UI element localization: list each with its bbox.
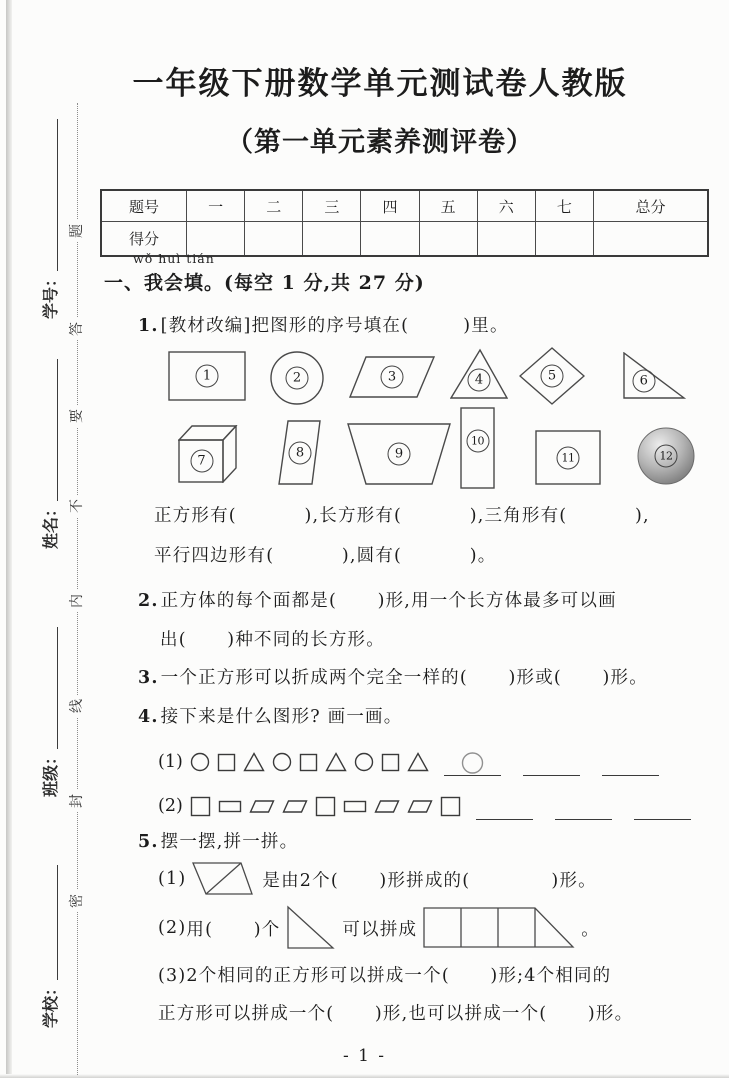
field-school: 学校： <box>37 865 61 1028</box>
score-cell[interactable] <box>477 222 535 257</box>
col-2: 二 <box>245 190 303 222</box>
question-2-body-line2: 出( )种不同的长方形。 <box>160 626 385 651</box>
score-cell[interactable] <box>245 222 303 257</box>
q4-answer-blank[interactable] <box>444 749 501 776</box>
pattern-shape-circle <box>354 752 374 772</box>
pattern-shape-triangle <box>325 752 347 772</box>
figure-number: 6 <box>632 369 655 392</box>
q4-answer-blank[interactable] <box>523 749 580 776</box>
class-label: 班级： <box>38 749 61 797</box>
right-triangle-piece-figure <box>286 905 336 951</box>
figure-number: 2 <box>286 367 309 390</box>
figure-number: 1 <box>196 365 219 388</box>
q4-answer-blank[interactable] <box>634 793 691 820</box>
pattern-shape-circle <box>272 752 292 772</box>
seal-char: 不 <box>66 495 88 517</box>
question-1-number: 1. <box>138 316 159 336</box>
figure-right-triangle: 6 <box>622 352 686 400</box>
col-total: 总分 <box>593 190 708 222</box>
q4-pattern-1-shapes <box>187 752 433 772</box>
col-7: 七 <box>535 190 593 222</box>
score-header-row: 题号 一 二 三 四 五 六 七 总分 <box>101 190 708 222</box>
school-label: 学校： <box>38 980 61 1028</box>
figure-number: 3 <box>381 366 404 389</box>
seal-dotted-line <box>77 103 78 1075</box>
page-subtitle: （第一单元素养测评卷） <box>60 120 700 159</box>
figure-cube: 7 <box>178 425 240 483</box>
q4-answer-circle <box>457 751 488 775</box>
q4-sub2-label: (2) <box>158 796 183 816</box>
q4-pattern-2-shapes <box>187 796 465 817</box>
section-pinyin: wǒ huì tián <box>133 251 215 266</box>
pattern-shape-para <box>282 799 308 814</box>
figure-rectangle: 1 <box>168 351 246 401</box>
q5-sub2-end-text: 。 <box>581 916 600 941</box>
question-4-number: 4. <box>138 707 159 727</box>
seal-char: 密 <box>66 890 88 912</box>
seal-char: 线 <box>66 695 88 717</box>
figure-sphere: 12 <box>636 426 696 486</box>
pattern-shape-square2 <box>440 796 461 817</box>
pattern-shape-flatrect <box>343 799 367 813</box>
question-2-text: 2.正方体的每个面都是( )形,用一个长方体最多可以画 <box>138 587 617 612</box>
score-cell[interactable] <box>361 222 419 257</box>
scan-left-edge <box>6 0 12 1078</box>
question-1-body: [教材改编]把图形的序号填在( )里。 <box>161 316 509 336</box>
class-input-line[interactable] <box>53 627 58 749</box>
pattern-shape-triangle <box>243 752 265 772</box>
question-4-text: 4.接下来是什么图形? 画一画。 <box>138 703 402 728</box>
figure-number: 7 <box>190 449 213 472</box>
q5-sub1-row: (1) 是由2个( )形拼成的( )形。 <box>158 862 597 896</box>
figure-number: 9 <box>388 443 411 466</box>
question-5-number: 5. <box>138 832 159 852</box>
pattern-shape-square2 <box>190 796 211 817</box>
q4-answer-blank[interactable] <box>476 793 533 820</box>
pattern-shape-triangle <box>407 752 429 772</box>
figure-slanted-parallelogram: 8 <box>278 420 322 486</box>
pattern-shape-para <box>407 799 433 814</box>
seal-char: 题 <box>66 220 88 242</box>
parallelogram-of-two-triangles-figure <box>192 862 256 896</box>
school-input-line[interactable] <box>53 865 58 980</box>
figure-tall-rectangle: 10 <box>460 407 495 489</box>
pattern-shape-square <box>381 753 400 772</box>
figure-number: 11 <box>557 446 580 469</box>
section-heading: 一、我会填。(每空 1 分,共 27 分) <box>104 268 425 295</box>
figure-number: 5 <box>541 365 564 388</box>
pattern-shape-square2 <box>315 796 336 817</box>
q4-pattern-row-1: (1) <box>158 744 718 780</box>
field-name: 姓名： <box>37 359 61 549</box>
question-number-header: 题号 <box>101 190 187 222</box>
score-cell[interactable] <box>419 222 477 257</box>
q4-answer-blank[interactable] <box>555 793 612 820</box>
q5-sub2-label: (2) <box>158 918 186 938</box>
figure-number: 10 <box>466 430 489 453</box>
question-4-body: 接下来是什么图形? 画一画。 <box>161 707 403 727</box>
q1-fill-line-2: 平行四边形有( ),圆有( )。 <box>154 542 496 567</box>
col-4: 四 <box>361 190 419 222</box>
score-cell[interactable] <box>303 222 361 257</box>
pattern-shape-square <box>217 753 236 772</box>
q1-fill-line-1: 正方形有( ),长方形有( ),三角形有( ), <box>154 502 650 527</box>
seal-char: 封 <box>66 790 88 812</box>
q4-answer-blank[interactable] <box>602 749 659 776</box>
q4-pattern-row-2: (2) <box>158 788 718 824</box>
question-3-number: 3. <box>138 668 159 688</box>
score-cell[interactable] <box>535 222 593 257</box>
pattern-shape-circle <box>190 752 210 772</box>
test-paper-page: 一年级下册数学单元测试卷人教版 （第一单元素养测评卷） 题 答 要 不 内 线 … <box>0 0 729 1078</box>
q5-sub2-row: (2) 用( )个 可以拼成 。 <box>158 905 600 951</box>
q5-sub3-line1: (3)2个相同的正方形可以拼成一个( )形;4个相同的 <box>158 962 611 987</box>
question-3-text: 3.一个正方形可以折成两个完全一样的( )形或( )形。 <box>138 664 648 689</box>
name-input-line[interactable] <box>53 359 58 501</box>
seal-char: 要 <box>66 405 88 427</box>
q5-sub1-text: 是由2个( )形拼成的( )形。 <box>262 867 596 892</box>
question-2-number: 2. <box>138 591 159 611</box>
q5-sub3-line2: 正方形可以拼成一个( )形,也可以拼成一个( )形。 <box>158 1000 633 1025</box>
question-5-text: 5.摆一摆,拼一拼。 <box>138 828 298 853</box>
q5-sub2-pre-text: 用( )个 <box>186 916 280 941</box>
name-label: 姓名： <box>38 501 61 549</box>
pattern-shape-circle-gray <box>460 751 484 775</box>
page-title: 一年级下册数学单元测试卷人教版 <box>60 58 700 103</box>
composed-trapezoid-figure <box>423 907 575 949</box>
pattern-shape-flatrect <box>218 799 242 813</box>
q5-sub1-label: (1) <box>158 869 186 889</box>
question-2-body-line1: 正方体的每个面都是( )形,用一个长方体最多可以画 <box>161 591 617 611</box>
question-1-text: 1.[教材改编]把图形的序号填在( )里。 <box>138 312 509 337</box>
col-1: 一 <box>187 190 245 222</box>
figure-triangle: 4 <box>450 348 508 400</box>
scan-bottom-edge <box>0 1074 729 1078</box>
student-number-label: 学号： <box>38 271 61 319</box>
col-3: 三 <box>303 190 361 222</box>
score-cell[interactable] <box>593 222 708 257</box>
question-5-body: 摆一摆,拼一拼。 <box>161 832 299 852</box>
seal-char: 内 <box>66 590 88 612</box>
q4-sub1-label: (1) <box>158 752 183 772</box>
pattern-shape-para <box>249 799 275 814</box>
q5-sub2-mid-text: 可以拼成 <box>342 916 417 941</box>
score-table: 题号 一 二 三 四 五 六 七 总分 得分 <box>100 189 709 257</box>
col-6: 六 <box>477 190 535 222</box>
student-number-input-line[interactable] <box>53 119 58 271</box>
page-number: - 1 - <box>0 1046 729 1066</box>
figure-number: 8 <box>289 442 312 465</box>
pattern-shape-square <box>299 753 318 772</box>
figure-trapezoid: 9 <box>347 423 451 485</box>
figure-diamond: 5 <box>519 347 585 405</box>
question-3-body: 一个正方形可以折成两个完全一样的( )形或( )形。 <box>161 668 648 688</box>
figure-square: 11 <box>535 430 601 485</box>
field-class: 班级： <box>37 627 61 797</box>
col-5: 五 <box>419 190 477 222</box>
figure-number: 12 <box>655 445 678 468</box>
figure-circle: 2 <box>269 350 325 406</box>
seal-char: 答 <box>66 318 88 340</box>
pattern-shape-para <box>374 799 400 814</box>
figure-parallelogram: 3 <box>349 356 435 398</box>
field-student-number: 学号： <box>37 119 61 319</box>
figure-number: 4 <box>468 369 491 392</box>
